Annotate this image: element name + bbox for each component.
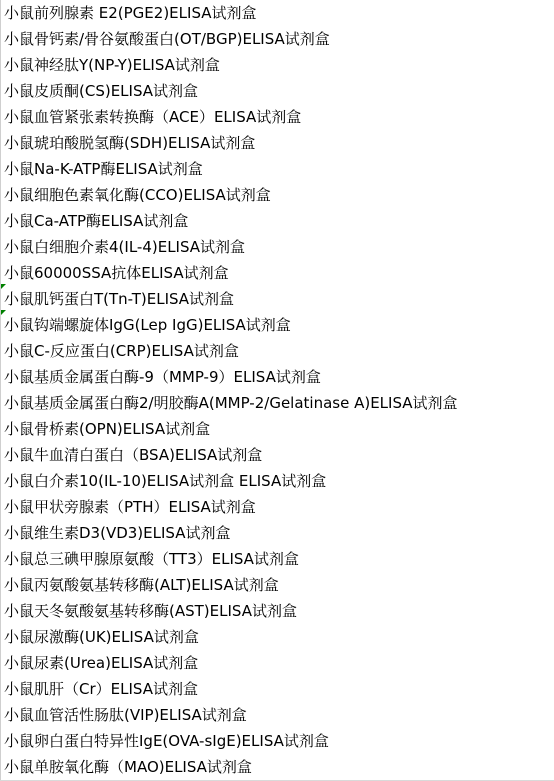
product-name-text: 小鼠基质金属蛋白酶2/明胶酶A(MMP-2/Gelatinase A)ELISA… [4, 395, 458, 412]
list-item[interactable]: 小鼠血管活性肠肽(VIP)ELISA试剂盒 [0, 703, 554, 729]
product-name-text: 小鼠甲状旁腺素（PTH）ELISA试剂盒 [4, 499, 256, 516]
product-name-text: 小鼠神经肽Y(NP-Y)ELISA试剂盒 [4, 57, 220, 74]
list-item[interactable]: 小鼠钩端螺旋体IgG(Lep IgG)ELISA试剂盒 [0, 312, 554, 338]
product-name-text: 小鼠尿激酶(UK)ELISA试剂盒 [4, 629, 199, 646]
product-name-text: 小鼠60000SSA抗体ELISA试剂盒 [4, 265, 229, 282]
product-name-text: 小鼠基质金属蛋白酶-9（MMP-9）ELISA试剂盒 [4, 369, 321, 386]
product-name-text: 小鼠白细胞介素4(IL-4)ELISA试剂盒 [4, 239, 245, 256]
list-item[interactable]: 小鼠前列腺素 E2(PGE2)ELISA试剂盒 [0, 0, 554, 26]
product-name-text: 小鼠单胺氧化酶（MAO)ELISA试剂盒 [4, 759, 252, 776]
list-item[interactable]: 小鼠卵白蛋白特异性IgE(OVA-sIgE)ELISA试剂盒 [0, 729, 554, 755]
product-name-text: 小鼠琥珀酸脱氢酶(SDH)ELISA试剂盒 [4, 135, 255, 152]
product-name-text: 小鼠总三碘甲腺原氨酸（TT3）ELISA试剂盒 [4, 551, 299, 568]
list-item[interactable]: 小鼠60000SSA抗体ELISA试剂盒 [0, 260, 554, 286]
product-name-text: 小鼠前列腺素 E2(PGE2)ELISA试剂盒 [4, 5, 257, 22]
product-name-text: 小鼠骨钙素/骨谷氨酸蛋白(OT/BGP)ELISA试剂盒 [4, 31, 330, 48]
list-item[interactable]: 小鼠基质金属蛋白酶2/明胶酶A(MMP-2/Gelatinase A)ELISA… [0, 390, 554, 416]
product-name-text: 小鼠细胞色素氧化酶(CCO)ELISA试剂盒 [4, 187, 271, 204]
product-name-text: 小鼠白介素10(IL-10)ELISA试剂盒 ELISA试剂盒 [4, 473, 326, 490]
product-name-text: 小鼠Na-K-ATP酶ELISA试剂盒 [4, 161, 203, 178]
list-item[interactable]: 小鼠皮质酮(CS)ELISA试剂盒 [0, 78, 554, 104]
spreadsheet-area: 小鼠前列腺素 E2(PGE2)ELISA试剂盒 小鼠骨钙素/骨谷氨酸蛋白(OT/… [0, 0, 554, 781]
product-name-text: 小鼠天冬氨酸氨基转移酶(AST)ELISA试剂盒 [4, 603, 297, 620]
list-item[interactable]: 小鼠总三碘甲腺原氨酸（TT3）ELISA试剂盒 [0, 547, 554, 573]
column-gridline [0, 0, 1, 781]
list-item[interactable]: 小鼠维生素D3(VD3)ELISA试剂盒 [0, 521, 554, 547]
list-item[interactable]: 小鼠肌钙蛋白T(Tn-T)ELISA试剂盒 [0, 286, 554, 312]
list-item[interactable]: 小鼠白细胞介素4(IL-4)ELISA试剂盒 [0, 234, 554, 260]
product-name-text: 小鼠血管紧张素转换酶（ACE）ELISA试剂盒 [4, 109, 301, 126]
product-name-text: 小鼠Ca-ATP酶ELISA试剂盒 [4, 213, 188, 230]
list-item[interactable]: 小鼠Na-K-ATP酶ELISA试剂盒 [0, 156, 554, 182]
product-name-text: 小鼠肌肝（Cr）ELISA试剂盒 [4, 681, 198, 698]
product-name-text: 小鼠丙氨酸氨基转移酶(ALT)ELISA试剂盒 [4, 577, 279, 594]
list-item[interactable]: 小鼠单胺氧化酶（MAO)ELISA试剂盒 [0, 755, 554, 781]
product-name-text: 小鼠钩端螺旋体IgG(Lep IgG)ELISA试剂盒 [4, 317, 291, 334]
list-item[interactable]: 小鼠甲状旁腺素（PTH）ELISA试剂盒 [0, 495, 554, 521]
list-item[interactable]: 小鼠骨钙素/骨谷氨酸蛋白(OT/BGP)ELISA试剂盒 [0, 26, 554, 52]
list-item[interactable]: 小鼠肌肝（Cr）ELISA试剂盒 [0, 677, 554, 703]
product-name-text: 小鼠皮质酮(CS)ELISA试剂盒 [4, 83, 198, 100]
list-item[interactable]: 小鼠骨桥素(OPN)ELISA试剂盒 [0, 417, 554, 443]
product-name-text: 小鼠卵白蛋白特异性IgE(OVA-sIgE)ELISA试剂盒 [4, 733, 329, 750]
list-item[interactable]: 小鼠天冬氨酸氨基转移酶(AST)ELISA试剂盒 [0, 599, 554, 625]
list-item[interactable]: 小鼠Ca-ATP酶ELISA试剂盒 [0, 208, 554, 234]
product-name-text: 小鼠牛血清白蛋白（BSA)ELISA试剂盒 [4, 447, 262, 464]
product-list: 小鼠前列腺素 E2(PGE2)ELISA试剂盒 小鼠骨钙素/骨谷氨酸蛋白(OT/… [0, 0, 554, 781]
list-item[interactable]: 小鼠丙氨酸氨基转移酶(ALT)ELISA试剂盒 [0, 573, 554, 599]
list-item[interactable]: 小鼠白介素10(IL-10)ELISA试剂盒 ELISA试剂盒 [0, 469, 554, 495]
list-item[interactable]: 小鼠基质金属蛋白酶-9（MMP-9）ELISA试剂盒 [0, 364, 554, 390]
product-name-text: 小鼠尿素(Urea)ELISA试剂盒 [4, 655, 198, 672]
list-item[interactable]: 小鼠神经肽Y(NP-Y)ELISA试剂盒 [0, 52, 554, 78]
list-item[interactable]: 小鼠C-反应蛋白(CRP)ELISA试剂盒 [0, 338, 554, 364]
product-name-text: 小鼠维生素D3(VD3)ELISA试剂盒 [4, 525, 230, 542]
list-item[interactable]: 小鼠血管紧张素转换酶（ACE）ELISA试剂盒 [0, 104, 554, 130]
list-item[interactable]: 小鼠细胞色素氧化酶(CCO)ELISA试剂盒 [0, 182, 554, 208]
product-name-text: 小鼠骨桥素(OPN)ELISA试剂盒 [4, 421, 210, 438]
list-item[interactable]: 小鼠尿素(Urea)ELISA试剂盒 [0, 651, 554, 677]
list-item[interactable]: 小鼠尿激酶(UK)ELISA试剂盒 [0, 625, 554, 651]
list-item[interactable]: 小鼠牛血清白蛋白（BSA)ELISA试剂盒 [0, 443, 554, 469]
list-item[interactable]: 小鼠琥珀酸脱氢酶(SDH)ELISA试剂盒 [0, 130, 554, 156]
product-name-text: 小鼠肌钙蛋白T(Tn-T)ELISA试剂盒 [4, 291, 234, 308]
product-name-text: 小鼠C-反应蛋白(CRP)ELISA试剂盒 [4, 343, 239, 360]
product-name-text: 小鼠血管活性肠肽(VIP)ELISA试剂盒 [4, 707, 247, 724]
